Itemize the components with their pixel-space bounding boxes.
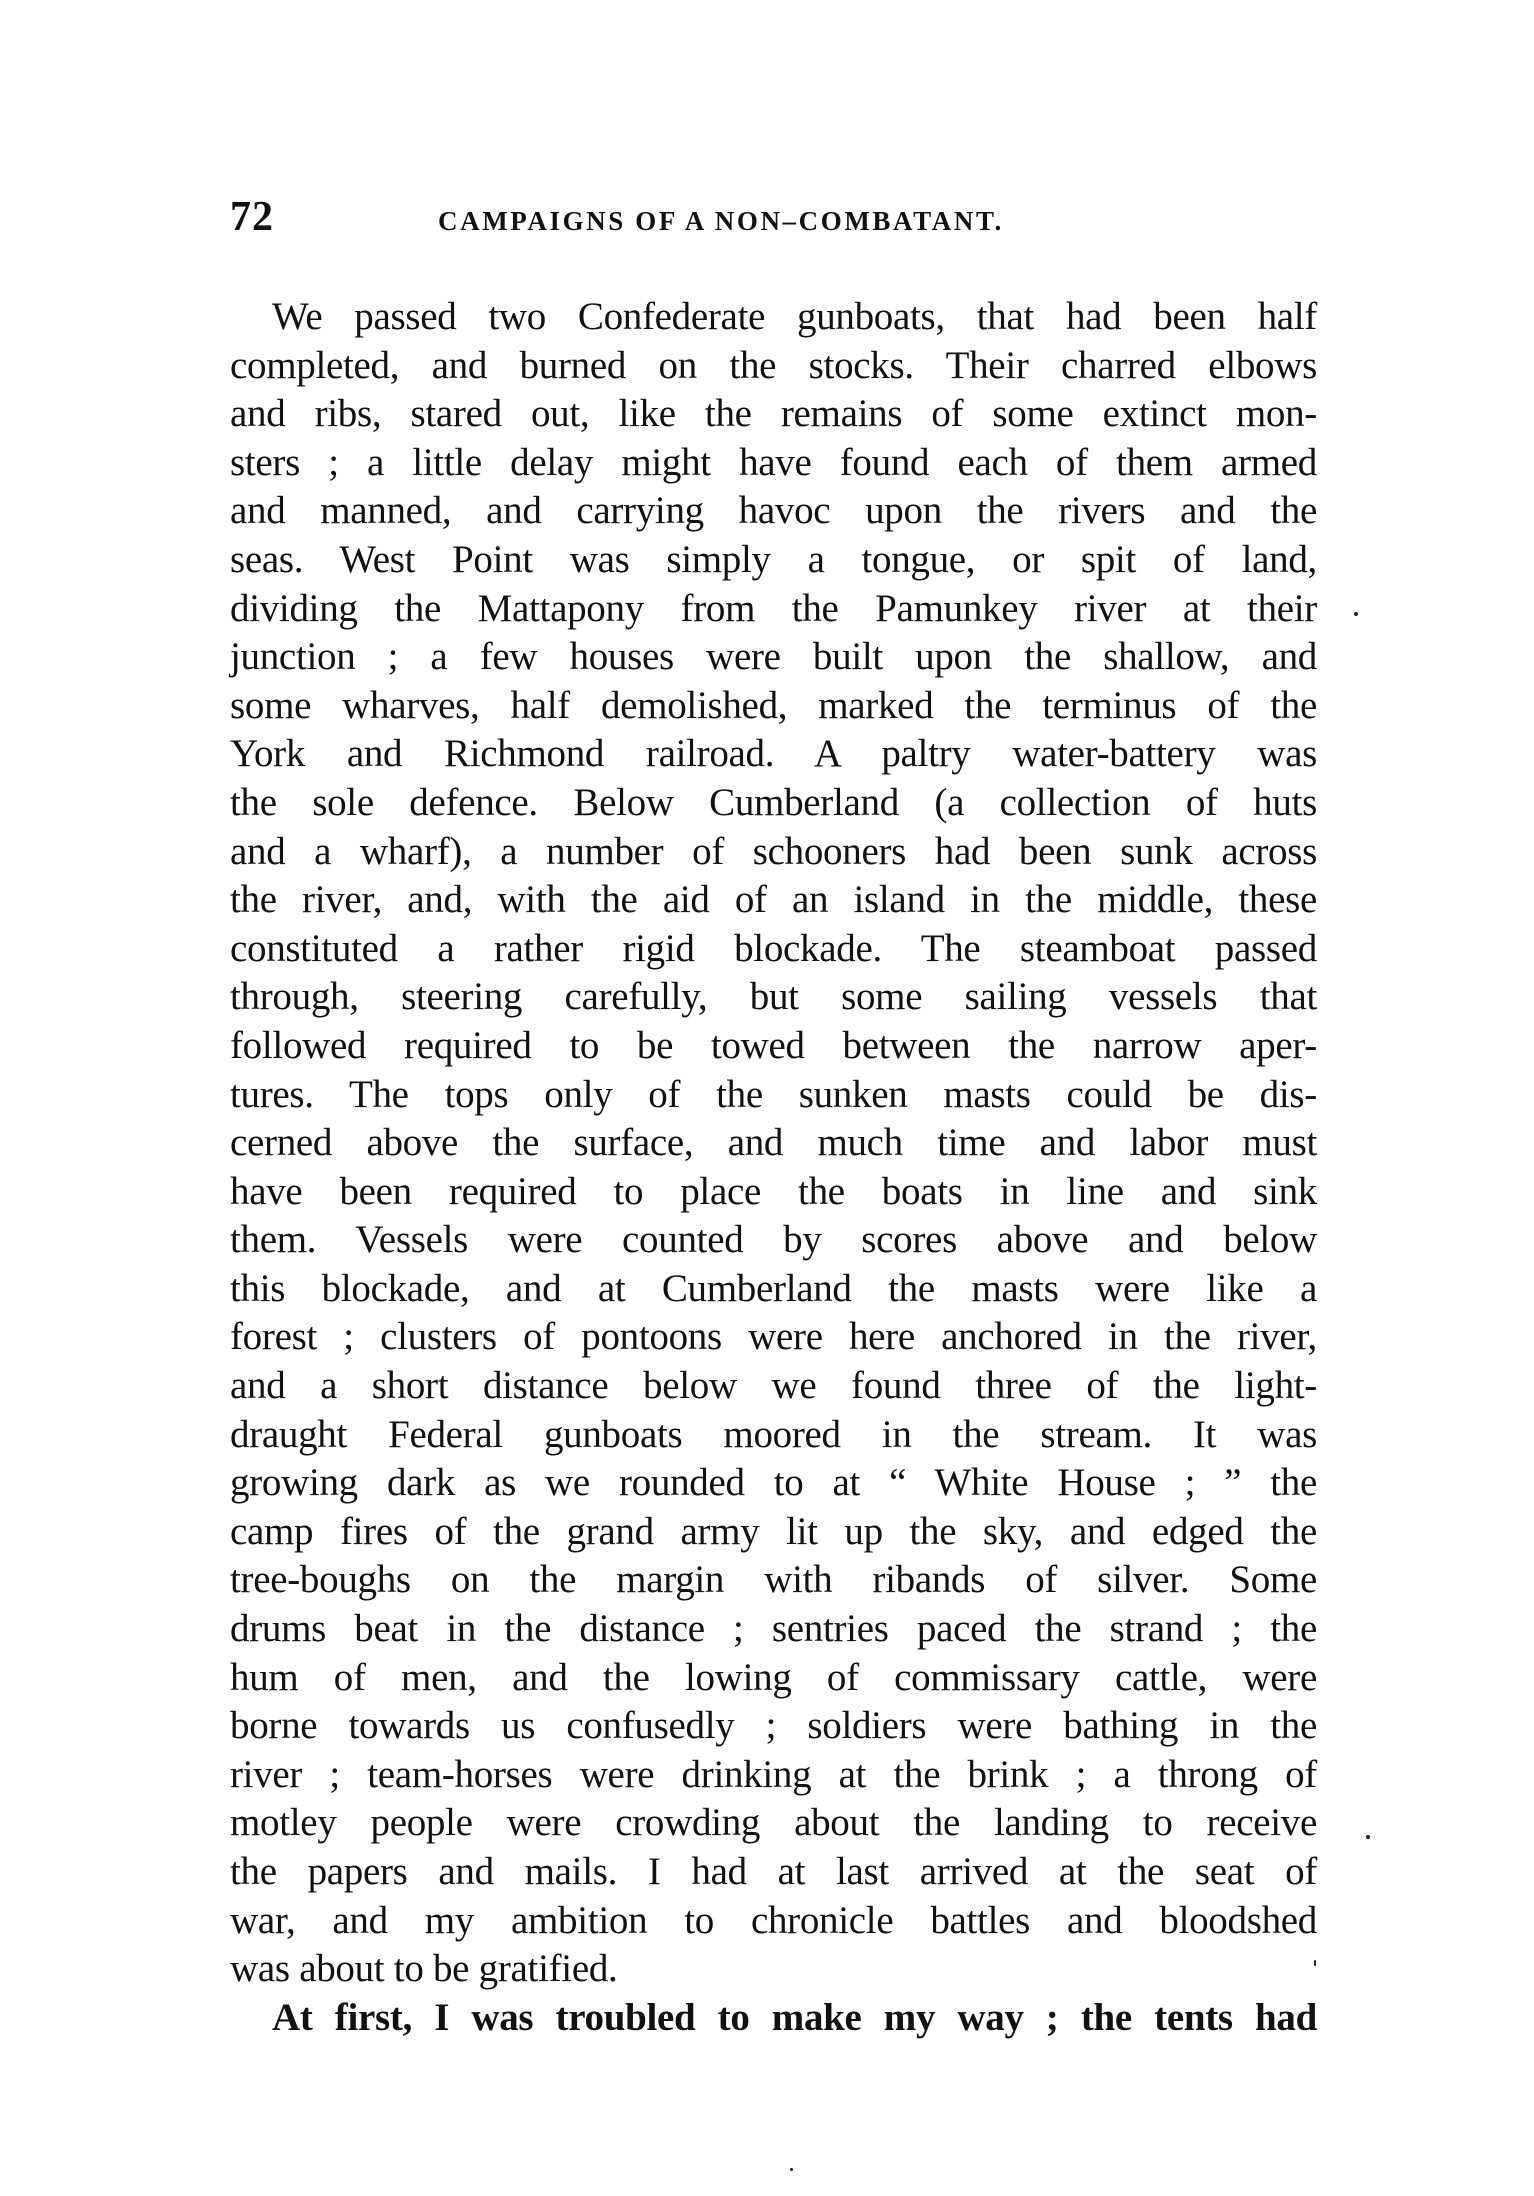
- text-line: borne towards us confusedly ; soldiers w…: [230, 1702, 1317, 1751]
- text-line: forest ; clusters of pontoons were here …: [230, 1313, 1317, 1362]
- text-line: and manned, and carrying havoc upon the …: [230, 487, 1317, 536]
- text-line: sters ; a little delay might have found …: [230, 439, 1317, 488]
- text-line: the river, and, with the aid of an islan…: [230, 876, 1317, 925]
- text-line: camp fires of the grand army lit up the …: [230, 1508, 1317, 1557]
- text-line: the sole defence. Below Cumberland (a co…: [230, 779, 1317, 828]
- text-line: river ; team-horses were drinking at the…: [230, 1751, 1317, 1800]
- paragraph-2: At first, I was troubled to make my way …: [230, 1994, 1317, 2043]
- text-line: draught Federal gunboats moored in the s…: [230, 1411, 1317, 1460]
- text-line: junction ; a few houses were built upon …: [230, 633, 1317, 682]
- text-line: have been required to place the boats in…: [230, 1168, 1317, 1217]
- text-line: was about to be gratified.: [230, 1945, 1317, 1994]
- text-line: them. Vessels were counted by scores abo…: [230, 1216, 1317, 1265]
- running-head: 72 CAMPAIGNS OF A NON–COMBATANT.: [230, 196, 1317, 240]
- text-line: this blockade, and at Cumberland the mas…: [230, 1265, 1317, 1314]
- text-line: drums beat in the distance ; sentries pa…: [230, 1605, 1317, 1654]
- text-line: followed required to be towed between th…: [230, 1022, 1317, 1071]
- text-line: and a short distance below we found thre…: [230, 1362, 1317, 1411]
- scan-speck: [1314, 1960, 1316, 1966]
- text-line: seas. West Point was simply a tongue, or…: [230, 536, 1317, 585]
- text-line: war, and my ambition to chronicle battle…: [230, 1897, 1317, 1946]
- text-line: motley people were crowding about the la…: [230, 1799, 1317, 1848]
- text-line: through, steering carefully, but some sa…: [230, 973, 1317, 1022]
- book-page: 72 CAMPAIGNS OF A NON–COMBATANT. We pass…: [0, 0, 1534, 2196]
- text-line: the papers and mails. I had at last arri…: [230, 1848, 1317, 1897]
- text-line: tree-boughs on the margin with ribands o…: [230, 1556, 1317, 1605]
- scan-speck: [1366, 1835, 1370, 1839]
- text-line: some wharves, half demolished, marked th…: [230, 682, 1317, 731]
- text-line: cerned above the surface, and much time …: [230, 1119, 1317, 1168]
- text-line: York and Richmond railroad. A paltry wat…: [230, 730, 1317, 779]
- text-line: We passed two Confederate gunboats, that…: [230, 293, 1317, 342]
- page-number: 72: [230, 196, 274, 238]
- text-line: dividing the Mattapony from the Pamunkey…: [230, 585, 1317, 634]
- text-line: At first, I was troubled to make my way …: [230, 1994, 1317, 2043]
- text-line: and a wharf), a number of schooners had …: [230, 828, 1317, 877]
- text-line: hum of men, and the lowing of commissary…: [230, 1654, 1317, 1703]
- paragraph-1: We passed two Confederate gunboats, that…: [230, 293, 1317, 1994]
- text-line: completed, and burned on the stocks. The…: [230, 342, 1317, 391]
- running-title: CAMPAIGNS OF A NON–COMBATANT.: [438, 206, 1004, 236]
- scan-speck: [790, 2168, 793, 2171]
- text-line: growing dark as we rounded to at “ White…: [230, 1459, 1317, 1508]
- text-line: and ribs, stared out, like the remains o…: [230, 390, 1317, 439]
- scan-speck: [1354, 612, 1358, 616]
- body-text: We passed two Confederate gunboats, that…: [230, 293, 1317, 2042]
- text-line: tures. The tops only of the sunken masts…: [230, 1071, 1317, 1120]
- text-line: constituted a rather rigid blockade. The…: [230, 925, 1317, 974]
